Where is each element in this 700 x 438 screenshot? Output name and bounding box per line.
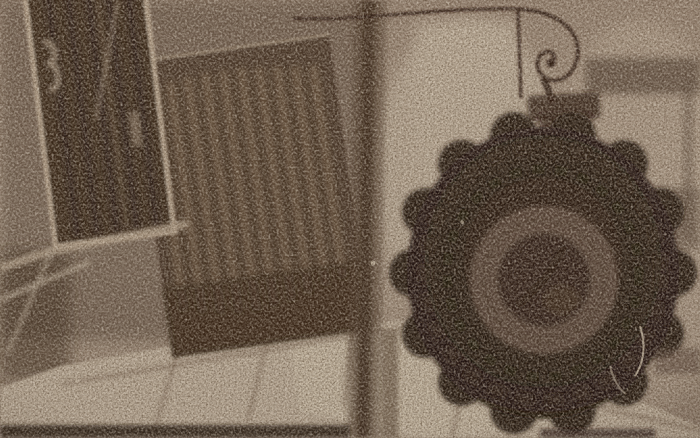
vintage-photograph [0, 0, 700, 438]
photo-canvas [0, 0, 700, 438]
grain-overlay-light [0, 0, 700, 438]
